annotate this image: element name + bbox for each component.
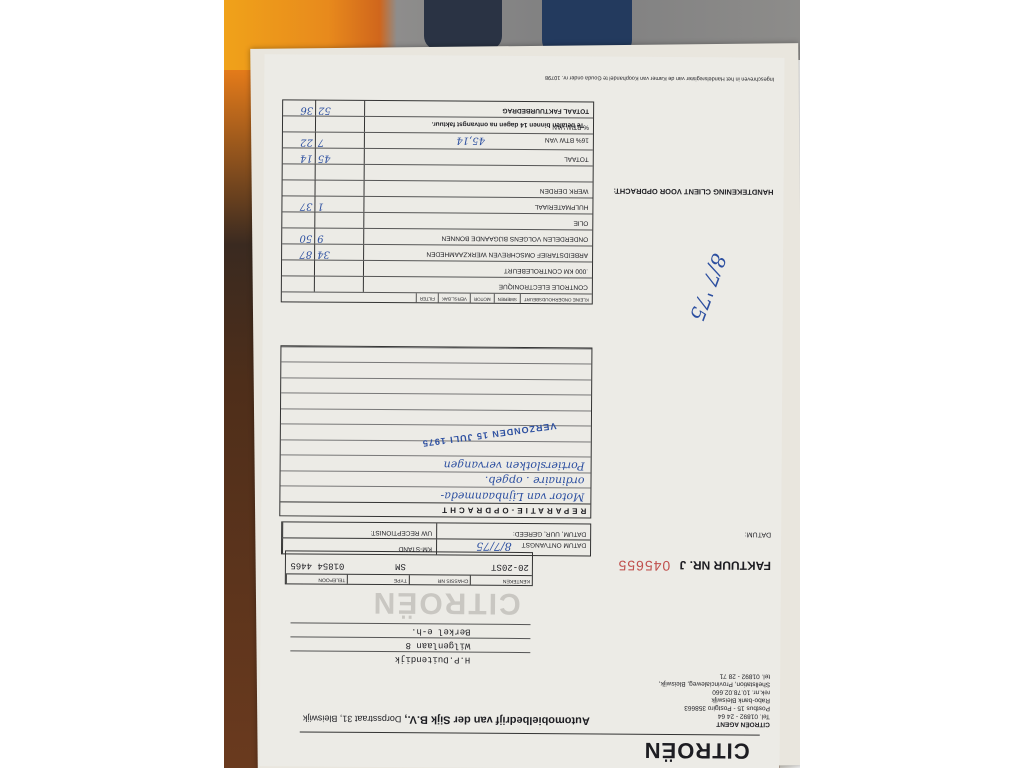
cost-row: [283, 163, 593, 181]
cost-row: OLIE: [282, 211, 592, 229]
cost-table: KLEINE ONDERHOUDSBEURT SMEREN MOTOR VERS…: [281, 99, 594, 304]
sub-header: KLEINE ONDERHOUDSBEURT: [520, 294, 592, 304]
cost-amount: 9: [314, 229, 363, 244]
cost-amount: 1: [314, 197, 363, 212]
cost-cents: [283, 116, 315, 131]
cost-label: TOTAAL: [364, 149, 593, 166]
cost-label: OLIE: [363, 213, 592, 230]
datum-label: DATUM:: [745, 531, 771, 538]
cost-row-total: TOTAAL FAKTUURBEDRAG5236: [283, 100, 593, 117]
cost-amount: 45: [315, 149, 364, 164]
agent-line: Postbus 15 - Postgiro 358663: [620, 703, 770, 712]
cost-row: 16% BTW VAN45,14722: [283, 131, 593, 149]
ready-label: DATUM, UUR, GEREED:: [436, 523, 590, 539]
cost-label: HULPMATERIAAL: [363, 197, 592, 214]
vehicle-header: KENTEKEN CHASSIS NR TYPE TELEFOON: [286, 573, 532, 585]
cost-label: CONTROLE ELECTRONIQUE: [363, 277, 592, 294]
total-label: TOTAAL FAKTUURBEDRAG: [364, 101, 593, 118]
total-cents: 36: [283, 100, 315, 115]
cost-row: ARBEIDSTARIEF OMSCHREVEN WERKZAAMHEDEN34…: [282, 243, 592, 261]
agent-line: Tel. 01892 - 24 64: [620, 711, 770, 720]
company-header: Automobielbedrijf van der Sijk B.V., Dor…: [303, 712, 590, 726]
km-label: KM-STAND: [282, 538, 436, 554]
received-cell: DATUM ONTVANGST8/7/75: [436, 539, 590, 555]
invoice-series: J: [680, 558, 687, 572]
payment-terms: Te betalen binnen 14 dagen na ontvangst …: [432, 120, 584, 128]
cost-amount: [314, 213, 363, 228]
repair-line: [281, 393, 591, 411]
header-type: TYPE: [347, 575, 409, 584]
invoice-number-value: 045655: [617, 558, 670, 574]
cost-label: .000 KM CONTROLEBEURT: [363, 261, 592, 278]
cost-label: ONDERDELEN VOLGENS BIJGAANDE BONNEN: [363, 229, 592, 246]
cost-amount: [315, 181, 364, 196]
divider: [300, 731, 760, 735]
cost-label: ARBEIDSTARIEF OMSCHREVEN WERKZAAMHEDEN: [363, 245, 592, 262]
total-amount: 52: [315, 101, 364, 116]
cost-cents: 22: [283, 132, 315, 147]
invoice-label: FAKTUUR NR.: [690, 558, 771, 573]
cost-row: .000 KM CONTROLEBEURT: [282, 259, 592, 277]
repair-line: [281, 346, 591, 364]
cost-cents: [282, 212, 314, 227]
repair-line: ordinaire . opgeb.: [280, 470, 590, 488]
cost-cents: 87: [282, 244, 314, 259]
cost-amount: 34: [314, 245, 363, 260]
repair-line: Portierslotken vervangen: [281, 455, 591, 473]
dates-table: DATUM ONTVANGST8/7/75 KM-STAND DATUM, UU…: [281, 521, 591, 556]
cost-cents: [282, 276, 314, 291]
registration-note: Ingeschreven in het Handelsregister van …: [545, 74, 774, 82]
cost-amount: [315, 117, 364, 132]
vat-base: 45,14: [456, 135, 485, 146]
repair-line: [281, 377, 591, 395]
signature-handwriting: 8/7 '75: [685, 251, 732, 325]
cost-amount: [314, 277, 363, 292]
brand-watermark: CITROËN: [372, 585, 521, 620]
header-chassis: CHASSIS NR: [409, 575, 471, 584]
received-label: DATUM ONTVANGST: [522, 541, 586, 548]
cost-row: ONDERDELEN VOLGENS BIJGAANDE BONNEN950: [282, 227, 592, 245]
receptionist-label: UW RECEPTIONIST:: [282, 522, 436, 538]
received-value: 8/7/75: [476, 540, 511, 553]
cost-cents: [282, 260, 314, 275]
header-kenteken: KENTEKEN: [470, 576, 532, 585]
cost-row: CONTROLE ELECTRONIQUE: [282, 275, 592, 293]
cost-label: WERK DERDEN: [364, 181, 593, 198]
header-telefoon: TELEFOON: [286, 574, 348, 583]
agent-line: Shellstation, Provincialeweg, Bleiswijk,: [620, 679, 770, 688]
sub-header: FILTER: [416, 293, 438, 302]
customer-street: Wilgenlaan 8: [290, 636, 530, 652]
invoice-number: FAKTUUR NR. J 045655: [617, 558, 771, 575]
agent-line: CITROËN AGENT: [620, 719, 770, 728]
sub-header: VERSL.BAK: [438, 293, 470, 302]
agent-line: rek.nr. 10.78.02.660: [620, 687, 770, 696]
sub-header: SMEREN: [494, 294, 520, 303]
customer-name: H.P.Duitendijk: [290, 650, 530, 666]
cost-cents: 14: [283, 148, 315, 163]
vat-label: 16% BTW VAN: [545, 136, 589, 143]
cost-cents: 37: [282, 196, 314, 211]
cost-amount: [315, 165, 364, 180]
repair-line: [281, 362, 591, 380]
cost-label: [364, 165, 593, 182]
repair-line: Motor van Lijnbaanmeda-: [280, 486, 590, 504]
cost-amount: 7: [315, 133, 364, 148]
agent-block: CITROËN AGENT Tel. 01892 - 24 64 Postbus…: [620, 671, 770, 728]
cost-cents: [283, 164, 315, 179]
customer-address: H.P.Duitendijk Wilgenlaan 8 Berkel e-h.: [290, 622, 530, 666]
repair-title: REPARATIE-OPDRACHT: [280, 501, 590, 517]
cost-cents: [283, 180, 315, 195]
cost-label: 16% BTW VAN45,14: [364, 133, 593, 150]
photo: CITROËN Automobielbedrijf van der Sijk B…: [224, 0, 800, 768]
invoice-sheet: CITROËN Automobielbedrijf van der Sijk B…: [260, 54, 785, 768]
cost-row: TOTAAL4514: [283, 147, 593, 165]
cost-row: HULPMATERIAAL137: [282, 195, 592, 213]
sub-header: MOTOR: [470, 294, 494, 303]
cost-row: WERK DERDEN: [283, 179, 593, 197]
cost-cents: 50: [282, 228, 314, 243]
cost-amount: [314, 261, 363, 276]
signature-label: HANDTEKENING CLIENT VOOR OPDRACHT:: [613, 187, 773, 197]
company-name: Automobielbedrijf van der Sijk B.V.,: [404, 713, 590, 726]
background-leg: [424, 0, 502, 50]
company-address: Dorpsstraat 31, Bleiswijk: [303, 713, 402, 724]
brand-logo: CITROËN: [644, 737, 750, 764]
customer-city: Berkel e-h.: [290, 622, 530, 638]
